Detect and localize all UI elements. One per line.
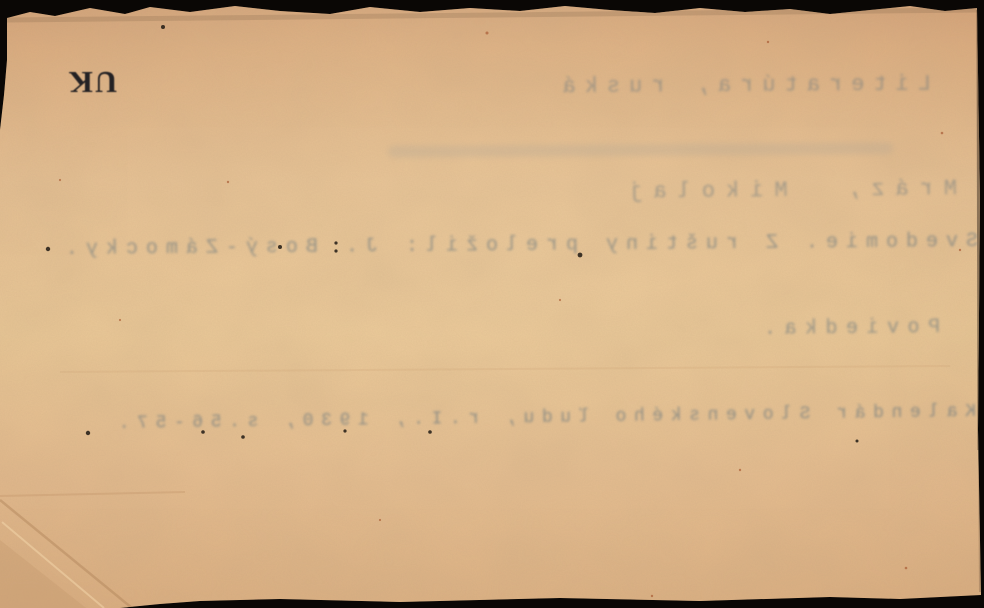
library-stamp: UK xyxy=(64,62,120,102)
scanned-catalog-card: UK Literatúra, ruská Mráz, Mikolaj Svedo… xyxy=(0,0,984,608)
bleedthrough-subject-heading: Literatúra, ruská xyxy=(545,72,931,100)
bleedthrough-genre-line: Poviedka. xyxy=(753,316,940,341)
bleedthrough-author-line: Mráz, Mikolaj xyxy=(610,176,957,205)
